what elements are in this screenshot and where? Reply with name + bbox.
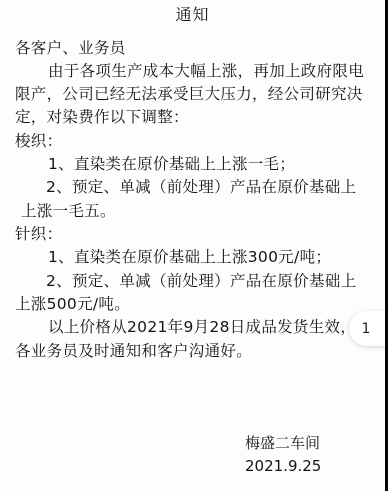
document-title: 通知 [0, 5, 385, 25]
knit-item-2: 2、预定、单减（前处理）产品在原价基础上 [46, 271, 356, 291]
intro-line-1: 由于各项生产成本大幅上涨，再加上政府限电 [48, 61, 364, 81]
page-indicator-badge[interactable]: 1 [349, 311, 388, 346]
salutation: 各客户、业务员 [15, 38, 126, 58]
closing-line-1: 以上价格从2021年9月28日成品发货生效， [48, 317, 356, 337]
intro-line-2: 限产，公司已经无法承受巨大压力，经公司研究决 [15, 84, 363, 104]
woven-item-1: 1、直染类在原价基础上上涨一毛； [48, 154, 295, 174]
intro-line-3: 定，对染费作以下调整： [15, 107, 189, 127]
woven-item-2-cont: 上涨一毛五。 [21, 201, 116, 221]
section-heading-knit: 针织： [15, 224, 62, 244]
signature-date: 2021.9.25 [245, 456, 321, 476]
closing-line-2: 各业务员及时通知和客户沟通好。 [15, 341, 252, 361]
knit-item-1: 1、直染类在原价基础上上涨300元/吨； [48, 247, 331, 267]
section-heading-woven: 梭织： [15, 131, 62, 151]
document-page: 通知 各客户、业务员 由于各项生产成本大幅上涨，再加上政府限电 限产，公司已经无… [0, 0, 385, 491]
knit-item-2-cont: 上涨500元/吨。 [15, 294, 130, 314]
signature-department: 梅盛二车间 [245, 433, 320, 453]
woven-item-2: 2、预定、单减（前处理）产品在原价基础上 [46, 177, 356, 197]
